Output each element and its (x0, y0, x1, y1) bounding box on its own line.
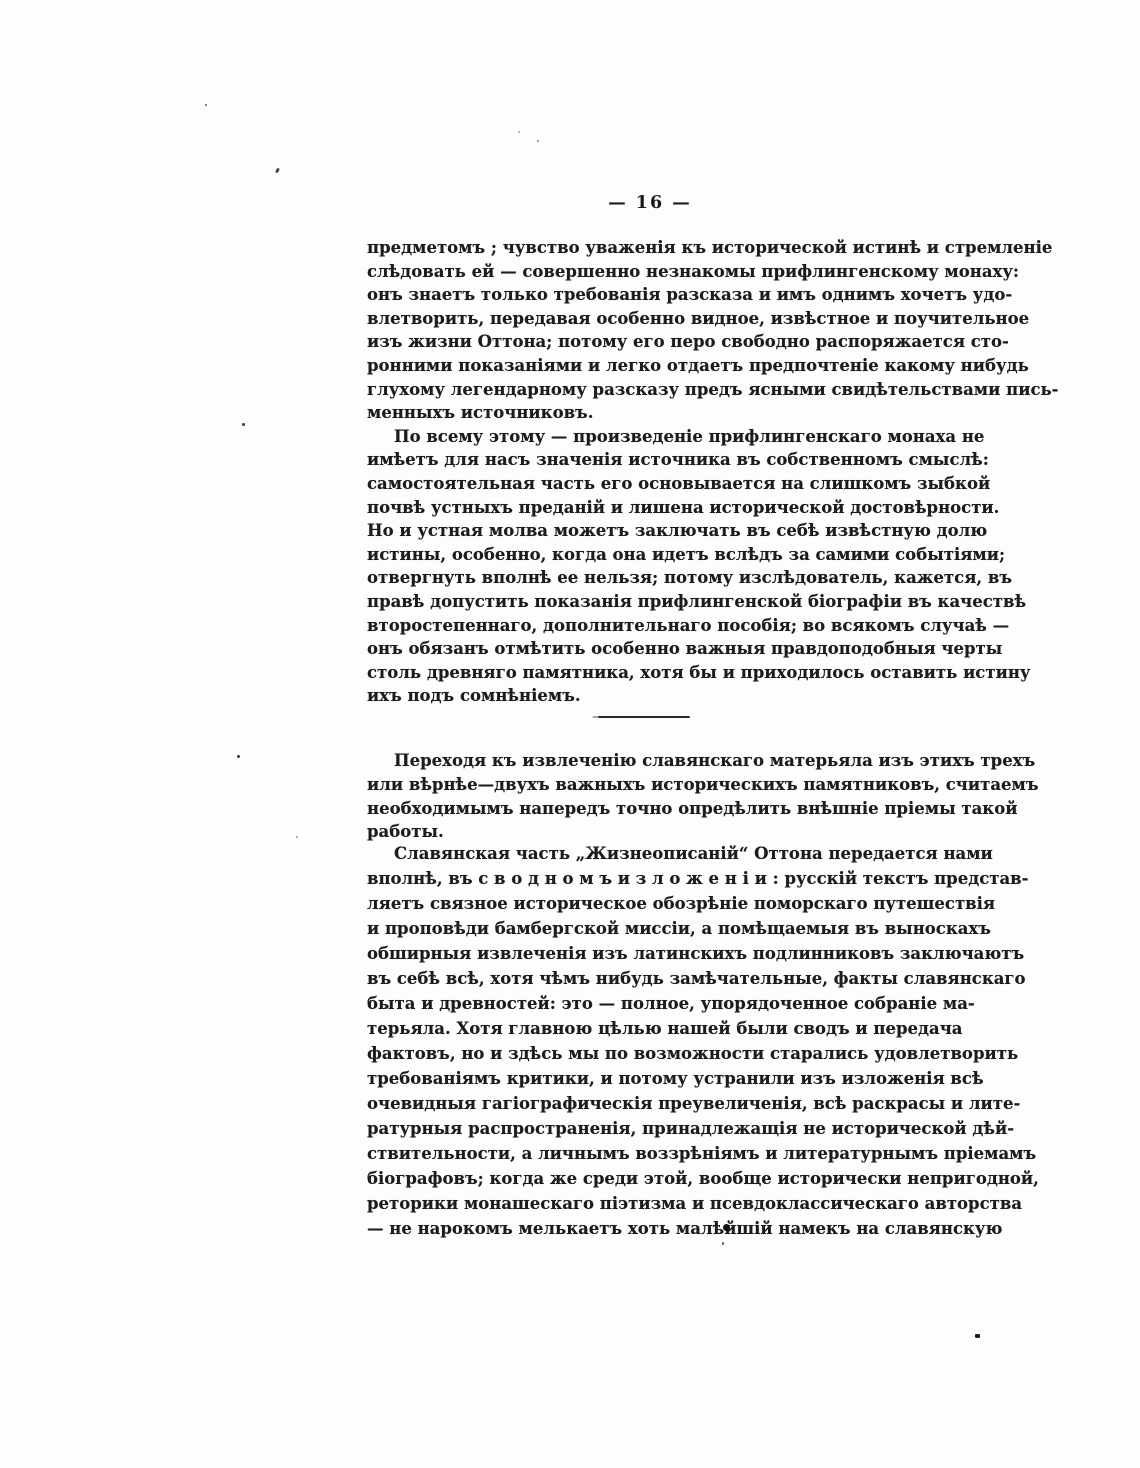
text-line: необходимымъ напередъ точно опредѣлить в… (367, 797, 933, 821)
paragraph-4: Славянская часть „Жизнеописаній“ Оттона … (367, 841, 933, 1241)
scan-speck (237, 755, 240, 758)
text-line: почвѣ устныхъ преданій и лишена историче… (367, 496, 933, 520)
text-line: и проповѣди бамбергской миссіи, а помѣща… (367, 916, 933, 941)
scan-speck (723, 1224, 730, 1231)
text-line: онъ знаетъ только требованія разсказа и … (367, 283, 933, 307)
text-line: ствительности, а личнымъ воззрѣніямъ и л… (367, 1141, 933, 1166)
scan-speck (518, 131, 520, 133)
page-number: — 16 — (367, 193, 933, 213)
text-line: глухому легендарному разсказу предъ ясны… (367, 378, 933, 402)
section-divider-rule (598, 716, 690, 718)
scan-speck (242, 423, 245, 426)
text-line: ронними показаніями и легко отдаетъ пред… (367, 354, 933, 378)
text-line: Славянская часть „Жизнеописаній“ Оттона … (367, 841, 933, 866)
text-line: предметомъ ; чувство уваженія къ историч… (367, 236, 933, 260)
text-line: влетворить, передавая особенно видное, и… (367, 307, 933, 331)
text-line: быта и древностей: это — полное, упорядо… (367, 991, 933, 1016)
text-line: ихъ подъ сомнѣніемъ. (367, 684, 933, 708)
paragraph-1: предметомъ ; чувство уваженія къ историч… (367, 236, 933, 425)
text-line: ляетъ связное историческое обозрѣніе пом… (367, 891, 933, 916)
text-line: самостоятельная часть его основывается н… (367, 472, 933, 496)
text-line: или вѣрнѣе—двухъ важныхъ историческихъ п… (367, 773, 933, 797)
scan-speck (275, 168, 280, 174)
text-line: По всему этому — произведеніе прифлинген… (367, 425, 933, 449)
paragraph-3: Переходя къ извлеченію славянскаго матер… (367, 749, 933, 844)
text-line: слѣдовать ей — совершенно незнакомы приф… (367, 260, 933, 284)
text-line: правѣ допустить показанія прифлингенской… (367, 590, 933, 614)
text-line: ратурныя распространенія, принадлежащія … (367, 1116, 933, 1141)
text-line: біографовъ; когда же среди этой, вообще … (367, 1166, 933, 1191)
text-line: онъ обязанъ отмѣтить особенно важныя пра… (367, 637, 933, 661)
text-line: истины, особенно, когда она идетъ вслѣдъ… (367, 543, 933, 567)
scan-speck (296, 836, 298, 838)
text-line: терьяла. Хотя главною цѣлью нашей были с… (367, 1016, 933, 1041)
text-line: очевидныя гагіографическія преувеличенія… (367, 1091, 933, 1116)
text-line: обширныя извлеченія изъ латинскихъ подли… (367, 941, 933, 966)
scan-speck (205, 104, 207, 106)
paragraph-2: По всему этому — произведеніе прифлинген… (367, 425, 933, 708)
text-line: изъ жизни Оттона; потому его перо свобод… (367, 330, 933, 354)
text-line: реторики монашескаго піэтизма и псевдокл… (367, 1191, 933, 1216)
scan-speck (975, 1334, 980, 1338)
text-line: Переходя къ извлеченію славянскаго матер… (367, 749, 933, 773)
text-line: — не нарокомъ мелькаетъ хоть малѣйшій на… (367, 1216, 933, 1241)
scan-speck (722, 1242, 724, 1245)
text-line: столь древняго памятника, хотя бы и прих… (367, 661, 933, 685)
text-line: требованіямъ критики, и потому устранили… (367, 1066, 933, 1091)
text-line: второстепеннаго, дополнительнаго пособія… (367, 614, 933, 638)
text-line: Но и устная молва можетъ заключать въ се… (367, 519, 933, 543)
text-line: отвергнуть вполнѣ ее нельзя; потому изсл… (367, 566, 933, 590)
text-line: менныхъ источниковъ. (367, 401, 933, 425)
text-line: фактовъ, но и здѣсь мы по возможности ст… (367, 1041, 933, 1066)
text-line: вполнѣ, въ с в о д н о м ъ и з л о ж е н… (367, 866, 933, 891)
scan-speck (537, 140, 539, 142)
text-line: въ себѣ всѣ, хотя чѣмъ нибудь замѣчатель… (367, 966, 933, 991)
scanned-book-page: — 16 — предметомъ ; чувство уваженія къ … (0, 0, 1140, 1468)
text-line: имѣетъ для насъ значенія источника въ со… (367, 448, 933, 472)
